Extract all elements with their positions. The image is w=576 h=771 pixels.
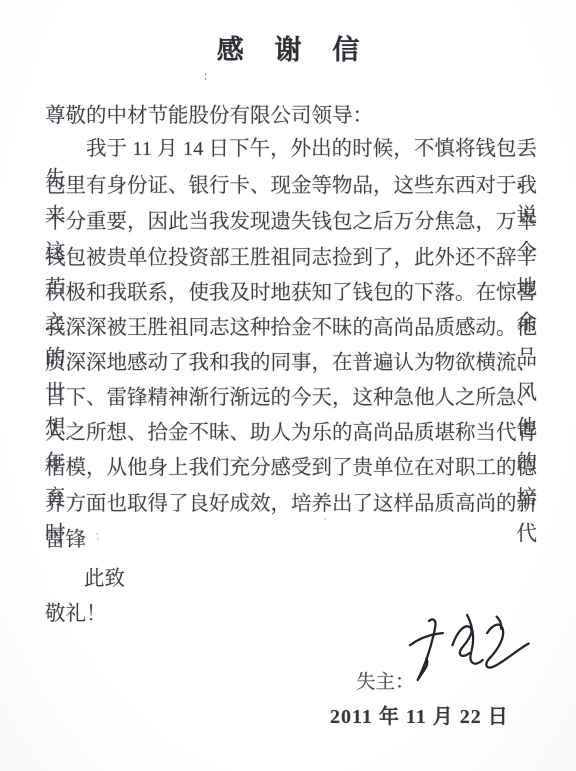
scan-speck <box>97 538 99 540</box>
scan-speck <box>96 533 98 535</box>
salutation: 尊敬的中材节能股份有限公司领导： <box>45 98 373 128</box>
closing-cizhi: 此致 <box>84 561 125 591</box>
letter-title: 感 谢 信 <box>0 28 576 67</box>
date-line: 2011 年 11 月 22 日 <box>330 700 509 729</box>
closing-jingli: 敬礼！ <box>45 596 107 626</box>
scan-speck <box>324 518 327 520</box>
letter-page: 感 谢 信 ∶ 尊敬的中材节能股份有限公司领导： 我于 11 月 14 日下午，… <box>0 0 576 771</box>
handwritten-signature <box>403 606 533 694</box>
scan-speck: ∶ <box>204 70 207 85</box>
body-line: 雷锋 <box>45 525 537 555</box>
